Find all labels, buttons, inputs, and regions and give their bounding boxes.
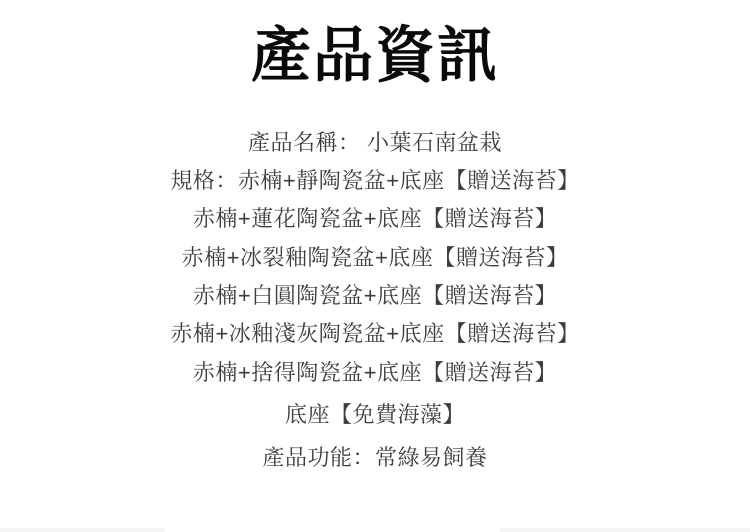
spec-line: 赤楠+白圓陶瓷盆+底座【贈送海苔】 bbox=[0, 282, 750, 309]
page-title: 產品資訊 bbox=[0, 20, 750, 92]
spec-line: 赤楠+冰裂釉陶瓷盆+底座【贈送海苔】 bbox=[0, 244, 750, 271]
product-name-line: 產品名稱： 小葉石南盆栽 bbox=[0, 129, 750, 156]
product-function-line: 產品功能：常綠易飼養 bbox=[0, 444, 750, 471]
spec-line: 赤楠+蓮花陶瓷盆+底座【贈送海苔】 bbox=[0, 205, 750, 232]
photo-edge-decoration bbox=[500, 528, 750, 532]
spec-line: 赤楠+捨得陶瓷盆+底座【贈送海苔】 bbox=[0, 359, 750, 386]
base-offer-line: 底座【免費海藻】 bbox=[0, 401, 750, 428]
spec-line: 規格：赤楠+靜陶瓷盆+底座【贈送海苔】 bbox=[0, 167, 750, 194]
product-info-panel: 產品資訊 產品名稱： 小葉石南盆栽 規格：赤楠+靜陶瓷盆+底座【贈送海苔】 赤楠… bbox=[0, 0, 750, 532]
photo-edge-decoration bbox=[0, 528, 165, 532]
spec-line: 赤楠+冰釉淺灰陶瓷盆+底座【贈送海苔】 bbox=[0, 320, 750, 347]
